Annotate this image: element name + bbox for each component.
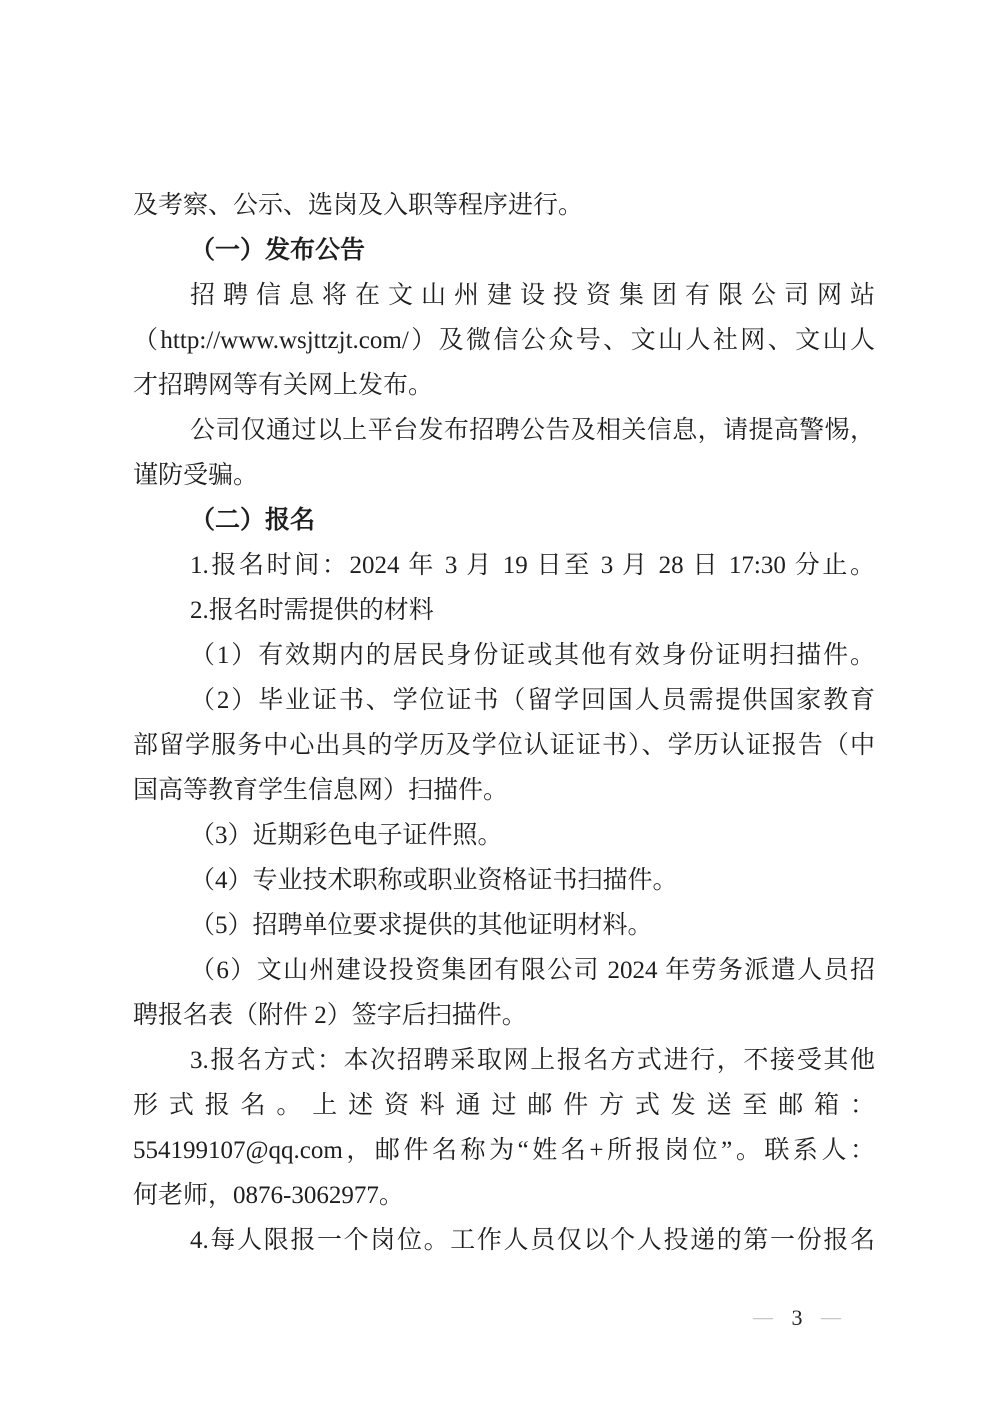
line-announcement-p2-2: 谨防受骗。 [133, 453, 875, 498]
footer-dash-left-icon: — [753, 1312, 773, 1324]
line-registration-method-2: 形式报名。上述资料通过邮件方式发送至邮箱： [133, 1083, 875, 1128]
line-material-3: （3）近期彩色电子证件照。 [133, 813, 875, 858]
line-material-1: （1）有效期内的居民身份证或其他有效身份证明扫描件。 [133, 633, 875, 678]
page-number: 3 [792, 1305, 803, 1331]
line-registration-method-4: 何老师，0876-3062977。 [133, 1173, 875, 1218]
footer-dash-right-icon: — [821, 1312, 841, 1324]
line-material-5: （5）招聘单位要求提供的其他证明材料。 [133, 903, 875, 948]
line-announcement-p1-3: 才招聘网等有关网上发布。 [133, 363, 875, 408]
line-procedures-continuation: 及考察、公示、选岗及入职等程序进行。 [133, 183, 875, 228]
line-registration-method-1: 3.报名方式：本次招聘采取网上报名方式进行，不接受其他 [133, 1038, 875, 1083]
line-material-2-3: 国高等教育学生信息网）扫描件。 [133, 768, 875, 813]
line-material-6-1: （6）文山州建设投资集团有限公司 2024 年劳务派遣人员招 [133, 948, 875, 993]
heading-registration: （二）报名 [133, 498, 875, 543]
line-material-2-2: 部留学服务中心出具的学历及学位认证证书）、学历认证报告（中 [133, 723, 875, 768]
line-announcement-p2-1: 公司仅通过以上平台发布招聘公告及相关信息，请提高警惕， [133, 408, 875, 453]
line-registration-time: 1.报名时间：2024 年 3 月 19 日至 3 月 28 日 17:30 分… [133, 543, 875, 588]
line-announcement-p1-2: （http://www.wsjttzjt.com/）及微信公众号、文山人社网、文… [133, 318, 875, 363]
heading-publish-announcement: （一）发布公告 [133, 228, 875, 273]
line-one-position-limit: 4.每人限报一个岗位。工作人员仅以个人投递的第一份报名 [133, 1218, 875, 1263]
line-material-4: （4）专业技术职称或职业资格证书扫描件。 [133, 858, 875, 903]
document-body: 及考察、公示、选岗及入职等程序进行。 （一）发布公告 招聘信息将在文山州建设投资… [133, 183, 875, 1263]
line-announcement-p1-1: 招聘信息将在文山州建设投资集团有限公司网站 [133, 273, 875, 318]
line-registration-method-3: 554199107@qq.com，邮件名称为“姓名+所报岗位”。联系人： [133, 1128, 875, 1173]
page-footer: — 3 — [753, 1303, 841, 1333]
line-material-6-2: 聘报名表（附件 2）签字后扫描件。 [133, 993, 875, 1038]
line-material-2-1: （2）毕业证书、学位证书（留学回国人员需提供国家教育 [133, 678, 875, 723]
line-materials-intro: 2.报名时需提供的材料 [133, 588, 875, 633]
document-page: 及考察、公示、选岗及入职等程序进行。 （一）发布公告 招聘信息将在文山州建设投资… [0, 0, 1000, 1403]
